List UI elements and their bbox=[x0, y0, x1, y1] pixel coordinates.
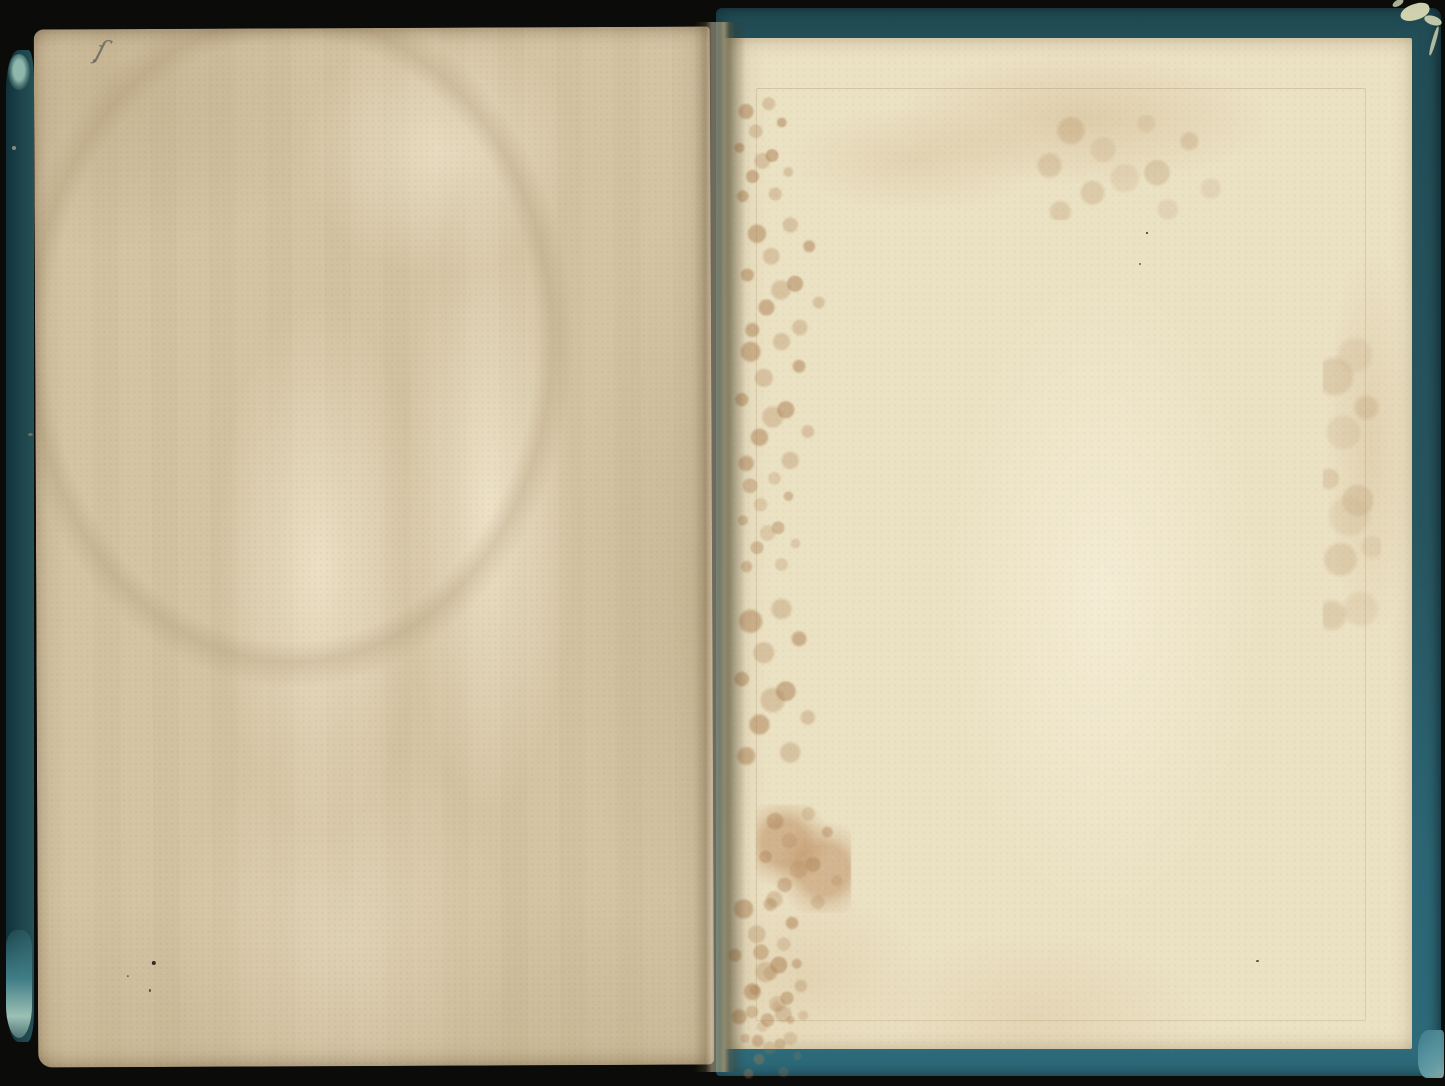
handwritten-mark: ſ bbox=[92, 37, 109, 65]
foxing-cluster bbox=[1323, 330, 1381, 640]
left-endpaper-page: ſ bbox=[34, 27, 715, 1068]
foxing-cluster bbox=[733, 330, 821, 475]
book-inside-cover bbox=[716, 8, 1441, 1076]
dust-speck bbox=[12, 146, 16, 150]
ink-speck bbox=[1146, 232, 1148, 234]
ink-speck bbox=[1256, 960, 1259, 962]
right-pastedown-page bbox=[724, 38, 1412, 1049]
book-cover-left-edge bbox=[6, 50, 34, 1042]
ink-speck bbox=[127, 975, 129, 977]
cover-wear-spot-bottom bbox=[6, 930, 32, 1038]
ink-speck bbox=[149, 989, 151, 992]
foxing-cluster bbox=[1028, 115, 1243, 220]
cover-wear-spot-top bbox=[8, 54, 30, 90]
foxing-cluster bbox=[738, 215, 833, 340]
foxing-cluster bbox=[733, 595, 821, 770]
ink-speck bbox=[152, 961, 156, 965]
dust-speck bbox=[28, 433, 33, 436]
foxing-cluster bbox=[738, 1000, 808, 1080]
foxing-cluster bbox=[736, 470, 806, 575]
book-gutter-shadow bbox=[694, 22, 746, 1072]
ink-speck bbox=[1139, 263, 1141, 265]
cover-wear-corner-bottom bbox=[1418, 1030, 1444, 1078]
open-book-photo: ſ bbox=[0, 0, 1445, 1086]
